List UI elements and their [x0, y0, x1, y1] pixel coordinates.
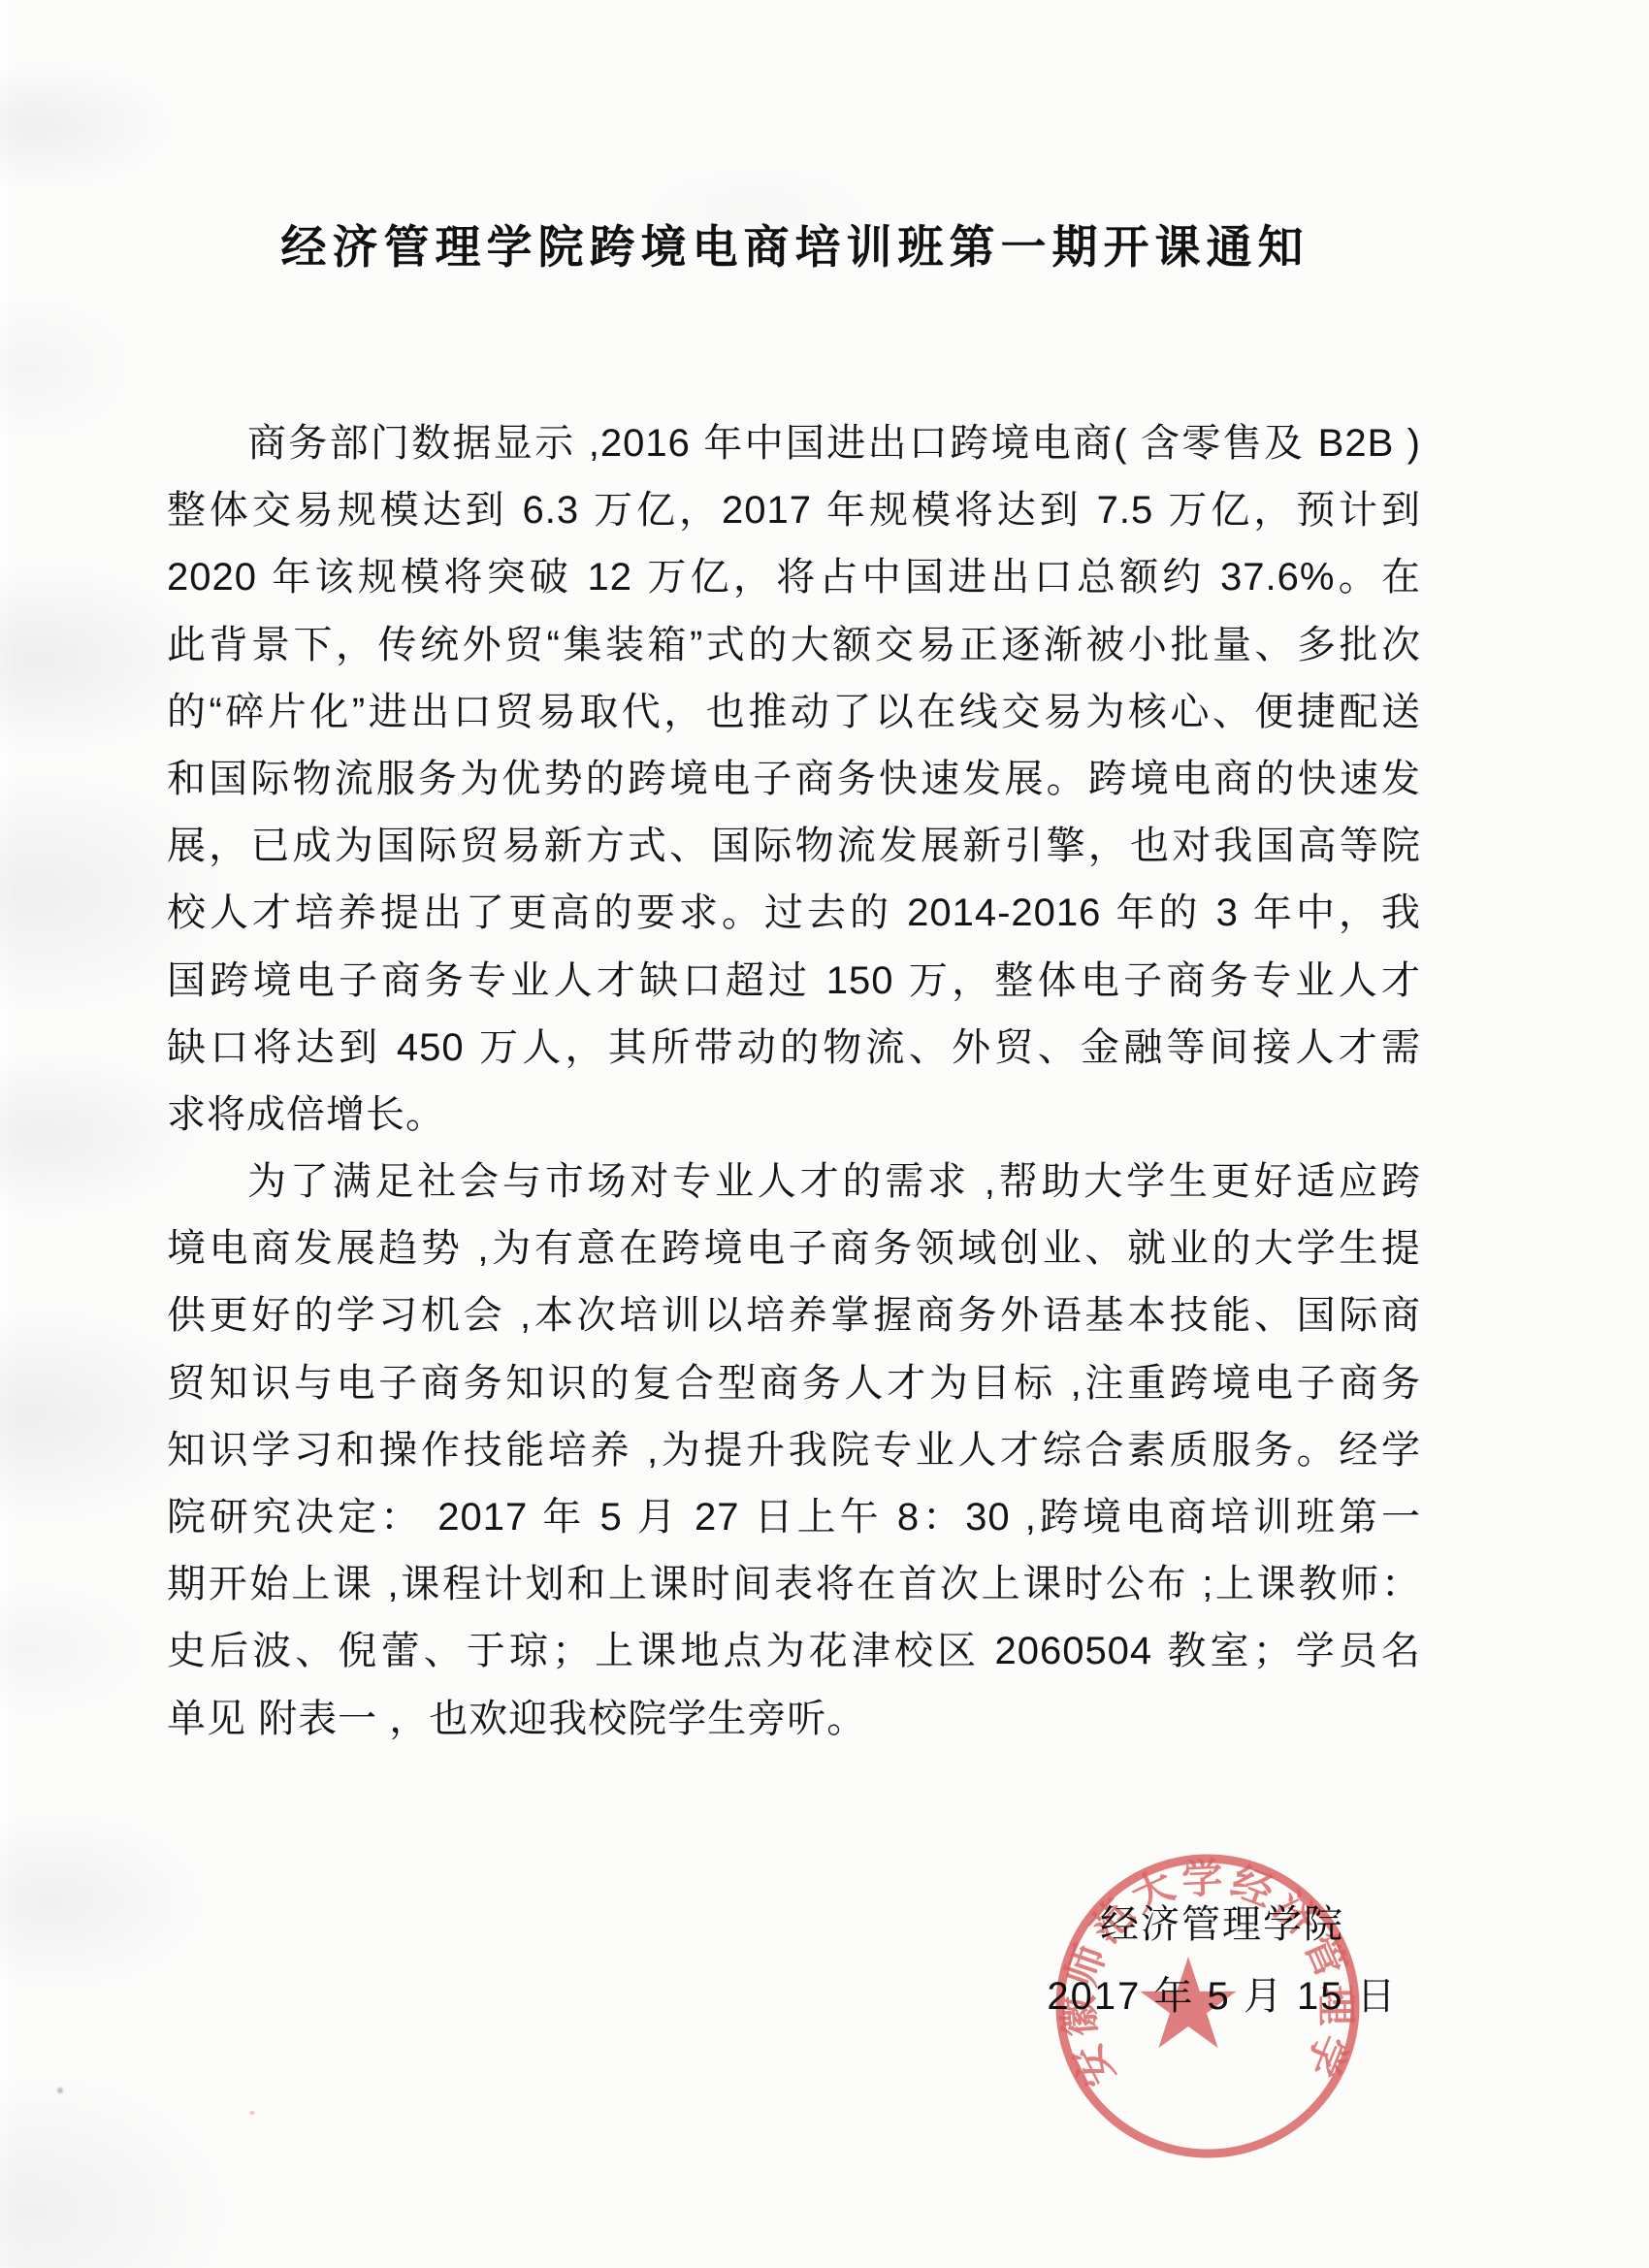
body-line: 为了满足社会与市场对专业人才的需求 ,帮助大学生更好适应跨 [167, 1149, 1421, 1215]
body-line: 求将成倍增长。 [167, 1082, 1421, 1149]
body-line: 境电商发展趋势 ,为有意在跨境电子商务领域创业、就业的大学生提 [167, 1215, 1421, 1282]
body-line: 校人才培养提出了更高的要求。过去的 2014-2016 年的 3 年中，我 [167, 880, 1421, 947]
body-line: 国跨境电子商务专业人才缺口超过 150 万，整体电子商务专业人才 [167, 948, 1421, 1015]
notice-body: 商务部门数据显示 ,2016 年中国进出口跨境电商( 含零售及 B2B ) 整体… [167, 410, 1421, 1753]
official-seal-icon: 安徽师范大学经济管理学院 [1041, 1840, 1374, 2174]
body-line: 知识学习和操作技能培养 ,为提升我院专业人才综合素质服务。经学 [167, 1417, 1421, 1484]
body-line: 和国际物流服务为优势的跨境电子商务快速发展。跨境电商的快速发 [167, 746, 1421, 813]
body-line: 此背景下，传统外贸“集装箱”式的大额交易正逐渐被小批量、多批次 [167, 612, 1421, 679]
body-line: 整体交易规模达到 6.3 万亿，2017 年规模将达到 7.5 万亿，预计到 [167, 477, 1421, 544]
scanned-notice-page: 经济管理学院跨境电商培训班第一期开课通知 商务部门数据显示 ,2016 年中国进… [0, 0, 1649, 2268]
body-line: 单见 附表一 ，也欢迎我校院学生旁听。 [167, 1686, 1421, 1753]
page-title: 经济管理学院跨境电商培训班第一期开课通知 [167, 215, 1423, 279]
body-line: 2020 年该规模将突破 12 万亿，将占中国进出口总额约 37.6%。在 [167, 544, 1421, 611]
body-line: 供更好的学习机会 ,本次培训以培养掌握商务外语基本技能、国际商 [167, 1282, 1421, 1349]
seal-ring-text: 安徽师范大学经济管理学院 [1041, 1840, 1359, 2093]
star-icon [1141, 1957, 1237, 2048]
body-line: 商务部门数据显示 ,2016 年中国进出口跨境电商( 含零售及 B2B ) [167, 410, 1421, 477]
body-line: 展，已成为国际贸易新方式、国际物流发展新引擎，也对我国高等院 [167, 813, 1421, 880]
body-line: 缺口将达到 450 万人，其所带动的物流、外贸、金融等间接人才需 [167, 1015, 1421, 1082]
body-line: 院研究决定： 2017 年 5 月 27 日上午 8：30 ,跨境电商培训班第一 [167, 1484, 1421, 1551]
body-line: 的“碎片化”进出口贸易取代，也推动了以在线交易为核心、便捷配送 [167, 679, 1421, 746]
body-line: 贸知识与电子商务知识的复合型商务人才为目标 ,注重跨境电子商务 [167, 1350, 1421, 1417]
svg-text:安徽师范大学经济管理学院: 安徽师范大学经济管理学院 [1041, 1840, 1359, 2093]
body-line: 期开始上课 ,课程计划和上课时间表将在首次上课时公布 ;上课教师： [167, 1551, 1421, 1618]
body-line: 史后波、倪蕾、于琼；上课地点为花津校区 2060504 教室；学员名 [167, 1618, 1421, 1685]
